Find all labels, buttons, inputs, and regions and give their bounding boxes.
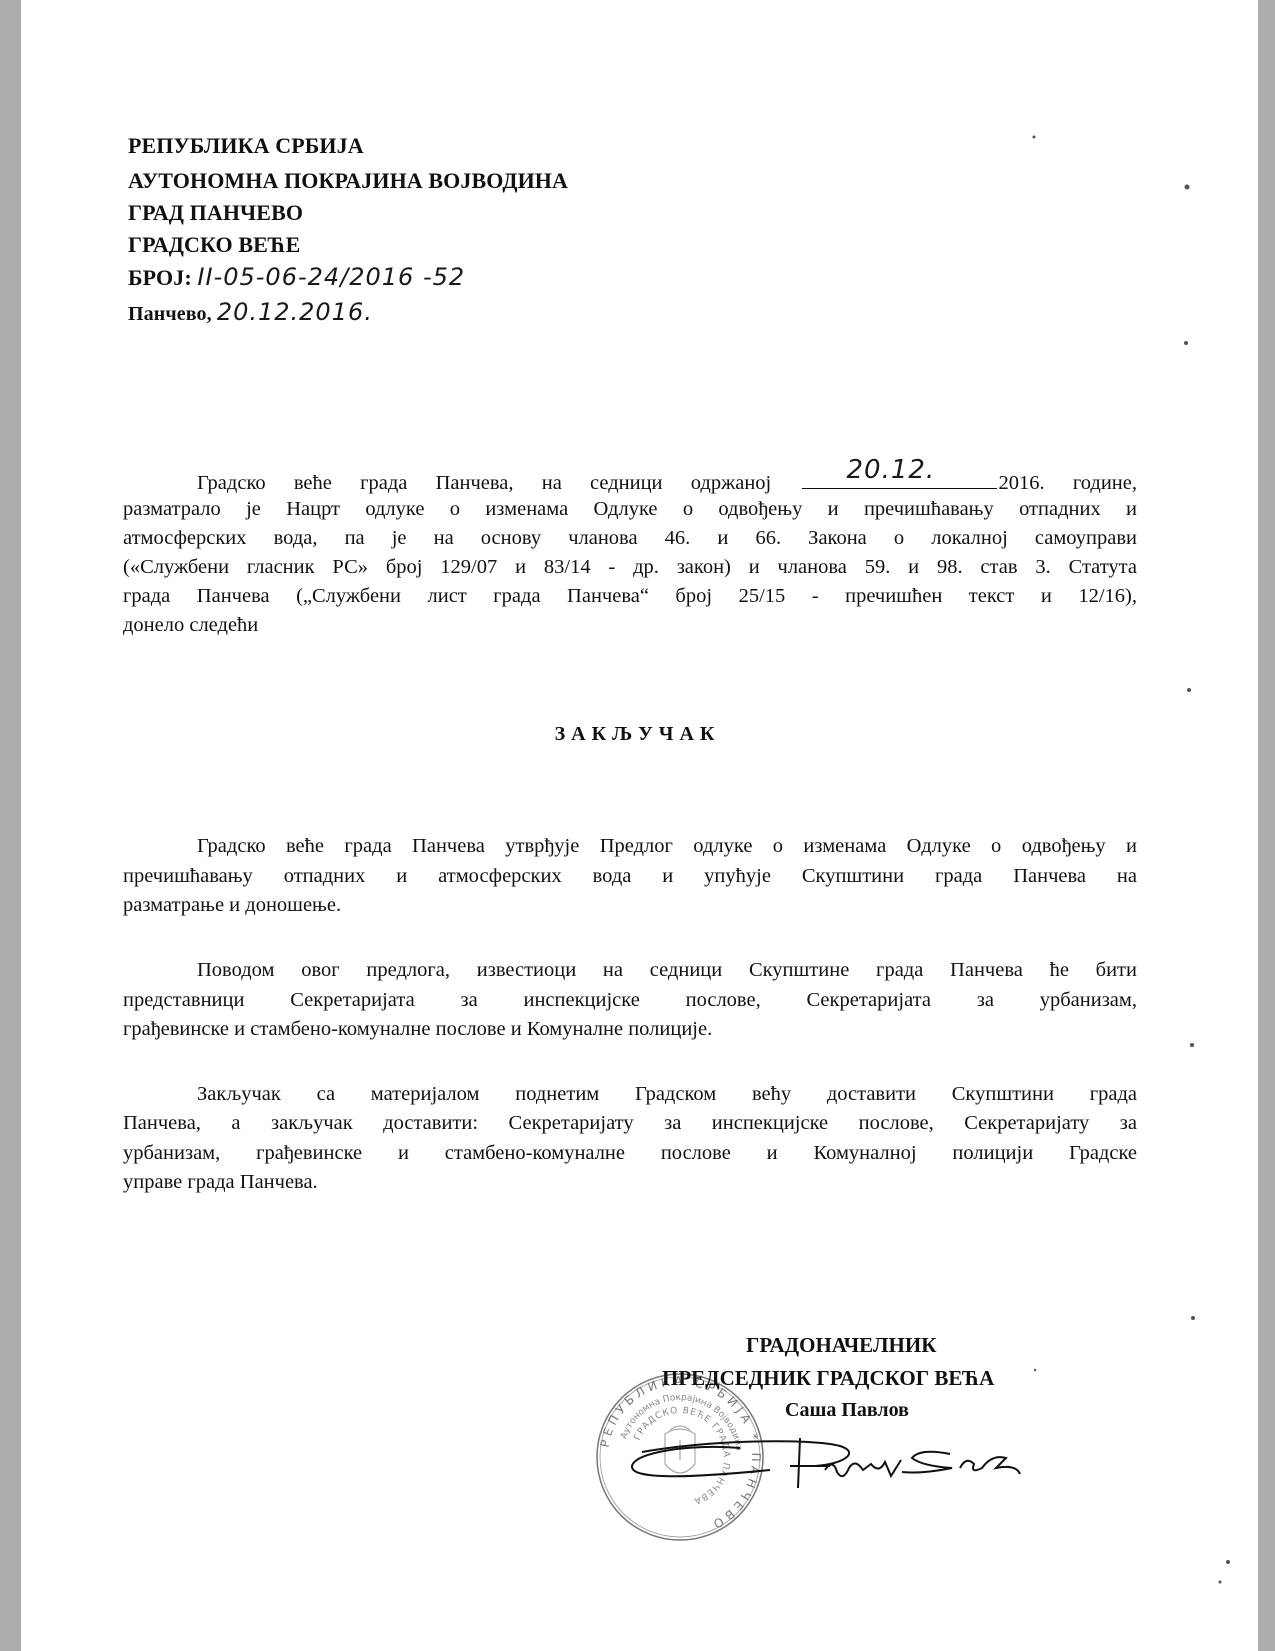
para3-line-3: урбанизам, грађевинске и стамбено-комуна… bbox=[123, 1141, 1137, 1165]
document-place-date: Панчево, 20.12.2016. bbox=[128, 298, 373, 326]
para1-line-2: пречишћавању отпадних и атмосферских вод… bbox=[123, 864, 1137, 888]
document-number-value: II-05-06-24/2016 -52 bbox=[197, 263, 465, 291]
signatory-name: Саша Павлов bbox=[785, 1399, 909, 1422]
intro-line-4: («Службени гласник РС» број 129/07 и 83/… bbox=[123, 555, 1137, 579]
para2-line-3: грађевинске и стамбено-комуналне послове… bbox=[123, 1017, 1137, 1041]
para2-line-2: представници Секретаријата за инспекцијс… bbox=[123, 988, 1137, 1012]
session-date-value: 20.12. bbox=[847, 458, 936, 482]
para3-line-4: управе града Панчева. bbox=[123, 1170, 1137, 1194]
session-date-field: 20.12. bbox=[802, 468, 997, 489]
header-council: ГРАДСКО ВЕЋЕ bbox=[128, 232, 300, 258]
intro-line-2: разматрало је Нацрт одлуке о изменама Од… bbox=[123, 497, 1137, 521]
scan-border-left bbox=[0, 0, 21, 1651]
intro-line-5: града Панчева („Службени лист града Панч… bbox=[123, 584, 1137, 608]
date-value: 20.12.2016. bbox=[217, 298, 373, 326]
place-label: Панчево, bbox=[128, 303, 212, 325]
scan-border-right bbox=[1258, 0, 1275, 1651]
intro-line-6: донело следећи bbox=[123, 613, 1137, 637]
para1-line-1: Градско веће града Панчева утврђује Пред… bbox=[197, 834, 1137, 858]
intro-line-1: Градско веће града Панчева, на седници о… bbox=[197, 468, 1137, 495]
header-republic: РЕПУБЛИКА СРБИЈА bbox=[128, 133, 364, 159]
intro-line-3: атмосферских вода, па је на основу члано… bbox=[123, 526, 1137, 550]
handwritten-signature bbox=[630, 1430, 1050, 1490]
para3-line-1: Закључак са материјалом поднетим Градско… bbox=[197, 1082, 1137, 1106]
document-title: ЗАКЉУЧАК bbox=[0, 723, 1275, 746]
signature-title-president: ПРЕДСЕДНИК ГРАДСКОГ ВЕЋА bbox=[662, 1366, 994, 1391]
para1-line-3: разматрање и доношење. bbox=[123, 893, 1137, 917]
para2-line-1: Поводом овог предлога, известиоци на сед… bbox=[197, 958, 1137, 982]
para3-line-2: Панчева, а закључак доставити: Секретари… bbox=[123, 1111, 1137, 1135]
header-city: ГРАД ПАНЧЕВО bbox=[128, 200, 303, 226]
header-province: АУТОНОМНА ПОКРАЈИНА ВОЈВОДИНА bbox=[128, 168, 568, 194]
signature-title-mayor: ГРАДОНАЧЕЛНИК bbox=[746, 1333, 936, 1358]
document-number: БРОЈ: II-05-06-24/2016 -52 bbox=[128, 263, 465, 291]
document-number-label: БРОЈ: bbox=[128, 265, 192, 290]
